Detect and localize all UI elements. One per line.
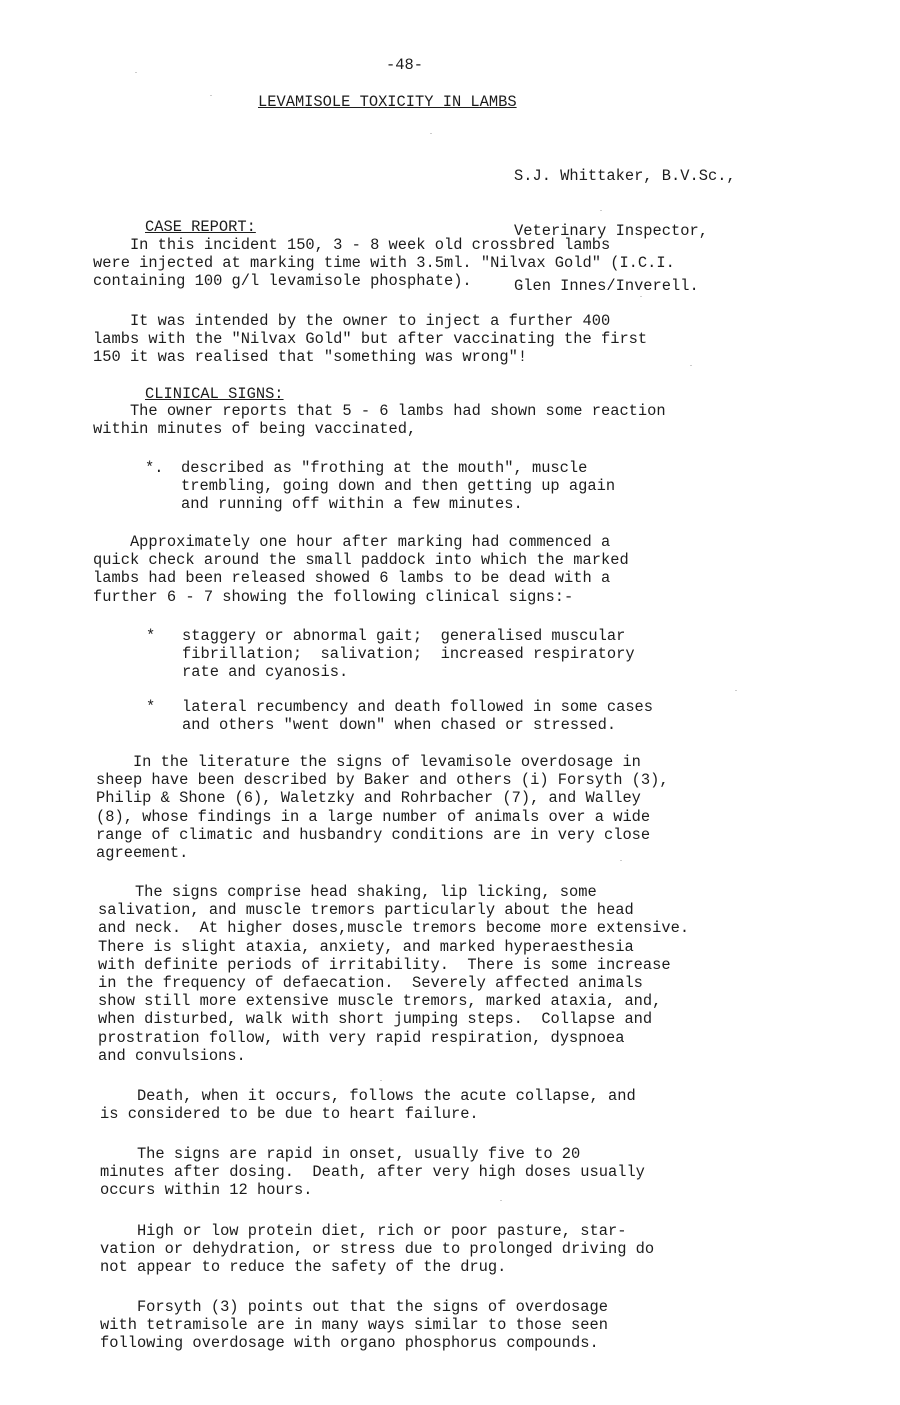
diet-paragraph: High or low protein diet, rich or poor p… (100, 1222, 800, 1277)
bullet-item: * staggery or abnormal gait; generalised… (146, 627, 786, 687)
author-block: S.J. Whittaker, B.V.Sc., Veterinary Insp… (514, 131, 736, 331)
signs-paragraph: The signs comprise head shaking, lip lic… (98, 883, 798, 1065)
clinical-signs-heading: CLINICAL SIGNS: (145, 385, 284, 403)
scan-speck (380, 1080, 382, 1081)
bullet-marker: *. (145, 459, 163, 477)
scan-speck (690, 365, 692, 366)
case-report-heading: CASE REPORT: (145, 218, 256, 236)
scan-speck (600, 210, 602, 211)
bullet-item: *. described as "frothing at the mouth",… (145, 459, 785, 519)
bullet-item: * lateral recumbency and death followed … (146, 698, 786, 738)
document-title: LEVAMISOLE TOXICITY IN LAMBS (258, 93, 517, 111)
scan-speck (430, 133, 432, 134)
scan-speck (500, 1200, 502, 1201)
author-name: S.J. Whittaker, B.V.Sc., (514, 167, 736, 185)
scan-speck (640, 296, 642, 297)
clinical-signs-paragraph: Approximately one hour after marking had… (93, 533, 793, 606)
bullet-marker: * (146, 627, 155, 645)
clinical-signs-intro: The owner reports that 5 - 6 lambs had s… (93, 402, 793, 438)
bullet-marker: * (146, 698, 155, 716)
document-page: -48- LEVAMISOLE TOXICITY IN LAMBS S.J. W… (0, 0, 900, 1405)
case-report-paragraph-2: It was intended by the owner to inject a… (93, 312, 793, 367)
scan-speck (210, 95, 212, 96)
onset-paragraph: The signs are rapid in onset, usually fi… (100, 1145, 800, 1200)
case-report-paragraph-1: In this incident 150, 3 - 8 week old cro… (93, 236, 793, 291)
death-paragraph: Death, when it occurs, follows the acute… (100, 1087, 800, 1123)
page-number: -48- (386, 56, 423, 74)
scan-speck (135, 72, 137, 73)
scan-speck (735, 690, 737, 691)
literature-paragraph: In the literature the signs of levamisol… (96, 753, 796, 862)
forsyth-paragraph: Forsyth (3) points out that the signs of… (100, 1298, 800, 1353)
scan-speck (620, 860, 622, 861)
